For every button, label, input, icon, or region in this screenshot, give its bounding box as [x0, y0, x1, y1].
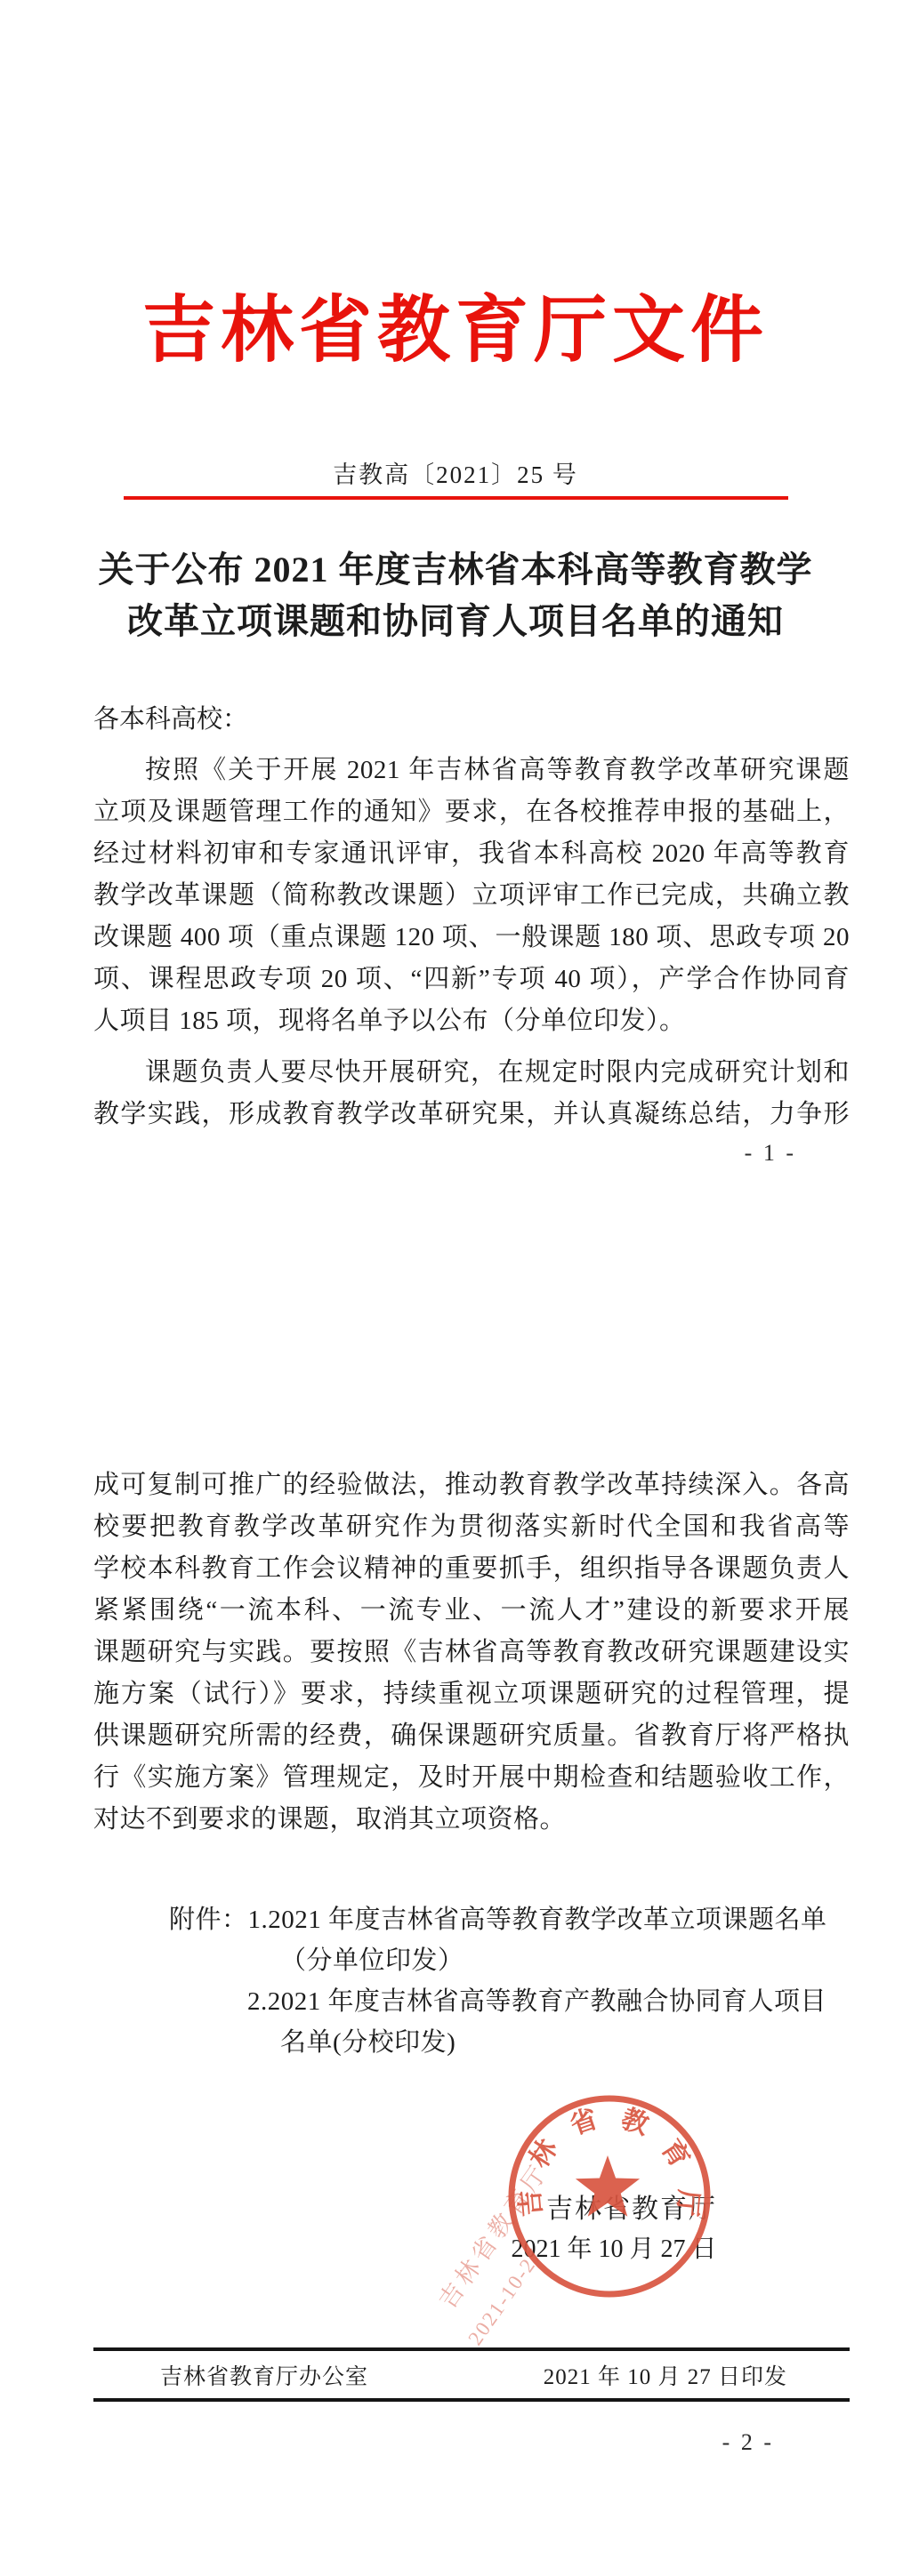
- footer-rule-bottom: [93, 2398, 850, 2402]
- salutation: 各本科高校：: [93, 699, 248, 735]
- body-line: 供课题研究所需的经费，确保课题研究质量。省教育厅将严格执: [93, 1715, 850, 1757]
- document-title: 关于公布 2021 年度吉林省本科高等教育教学 改革立项课题和协同育人项目名单的…: [77, 544, 834, 647]
- seal-arc-text: 省: [567, 2104, 601, 2140]
- body-line: 教学实践，形成教育教学改革研究果，并认真凝练总结，力争形: [93, 1094, 850, 1136]
- star-icon: [576, 2155, 640, 2217]
- body-line: 课题负责人要尽快开展研究，在规定时限内完成研究计划和: [93, 1052, 850, 1094]
- body-line: 成可复制可推广的经验做法，推动教育教学改革持续深入。各高: [93, 1465, 850, 1506]
- attachment-line: 名单(分校印发): [93, 2022, 850, 2063]
- body-line: 校要把教育教学改革研究作为贯彻落实新时代全国和我省高等: [93, 1506, 850, 1548]
- page-number-2: - 2 -: [93, 2429, 774, 2456]
- body-line: 项、课程思政专项 20 项、“四新”专项 40 项），产学合作协同育: [93, 959, 850, 1000]
- red-divider: [124, 496, 788, 500]
- document-number: 吉教高〔2021〕25 号: [0, 455, 911, 490]
- body-line: 课题研究与实践。要按照《吉林省高等教育教改研究课题建设实: [93, 1632, 850, 1673]
- body-line: 施方案（试行）》要求，持续重视立项课题研究的过程管理，提: [93, 1673, 850, 1715]
- footer-print-date: 2021 年 10 月 27 日印发: [93, 2359, 787, 2391]
- page2-body: 成可复制可推广的经验做法，推动教育教学改革持续深入。各高 校要把教育教学改革研究…: [93, 1465, 850, 1841]
- body-line: 对达不到要求的课题，取消其立项资格。: [93, 1799, 850, 1841]
- body-line: 学校本科教育工作会议精神的重要抓手，组织指导各课题负责人: [93, 1548, 850, 1590]
- attachment-line: 2.2021 年度吉林省高等教育产教融合协同育人项目: [93, 1981, 850, 2022]
- body-line: 人项目 185 项，现将名单予以公布（分单位印发）。: [93, 1000, 850, 1042]
- document-banner: 吉林省教育厅文件: [0, 272, 911, 376]
- attachment-line: （分单位印发）: [93, 1940, 850, 1981]
- body-line: 改课题 400 项（重点课题 120 项、一般课题 180 项、思政专项 20: [93, 917, 850, 959]
- seal-arc-text: 厅: [672, 2188, 703, 2218]
- body-line: 紧紧围绕“一流本科、一流专业、一流人才”建设的新要求开展: [93, 1590, 850, 1632]
- document-title-line2: 改革立项课题和协同育人项目名单的通知: [77, 596, 834, 647]
- document-page: 吉林省教育厅文件 吉教高〔2021〕25 号 关于公布 2021 年度吉林省本科…: [0, 0, 911, 2576]
- body-line: 教学改革课题（简称教改课题）立项评审工作已完成，共确立教: [93, 875, 850, 917]
- document-title-line1: 关于公布 2021 年度吉林省本科高等教育教学: [77, 544, 834, 596]
- attachment-list: 附件：1.2021 年度吉林省高等教育教学改革立项课题名单 （分单位印发） 2.…: [93, 1899, 850, 2063]
- page-number-1: - 1 -: [93, 1140, 796, 1167]
- attachment-line: 附件：1.2021 年度吉林省高等教育教学改革立项课题名单: [93, 1899, 850, 1940]
- footer-rule-top: [93, 2347, 850, 2351]
- body-line: 经过材料初审和专家通讯评审，我省本科高校 2020 年高等教育: [93, 833, 850, 875]
- body-line: 按照《关于开展 2021 年吉林省高等教育教学改革研究课题: [93, 750, 850, 791]
- page1-body: 按照《关于开展 2021 年吉林省高等教育教学改革研究课题 立项及课题管理工作的…: [93, 750, 850, 1136]
- body-line: 立项及课题管理工作的通知》要求，在各校推荐申报的基础上，: [93, 791, 850, 833]
- body-line: 行《实施方案》管理规定，及时开展中期检查和结题验收工作，: [93, 1757, 850, 1799]
